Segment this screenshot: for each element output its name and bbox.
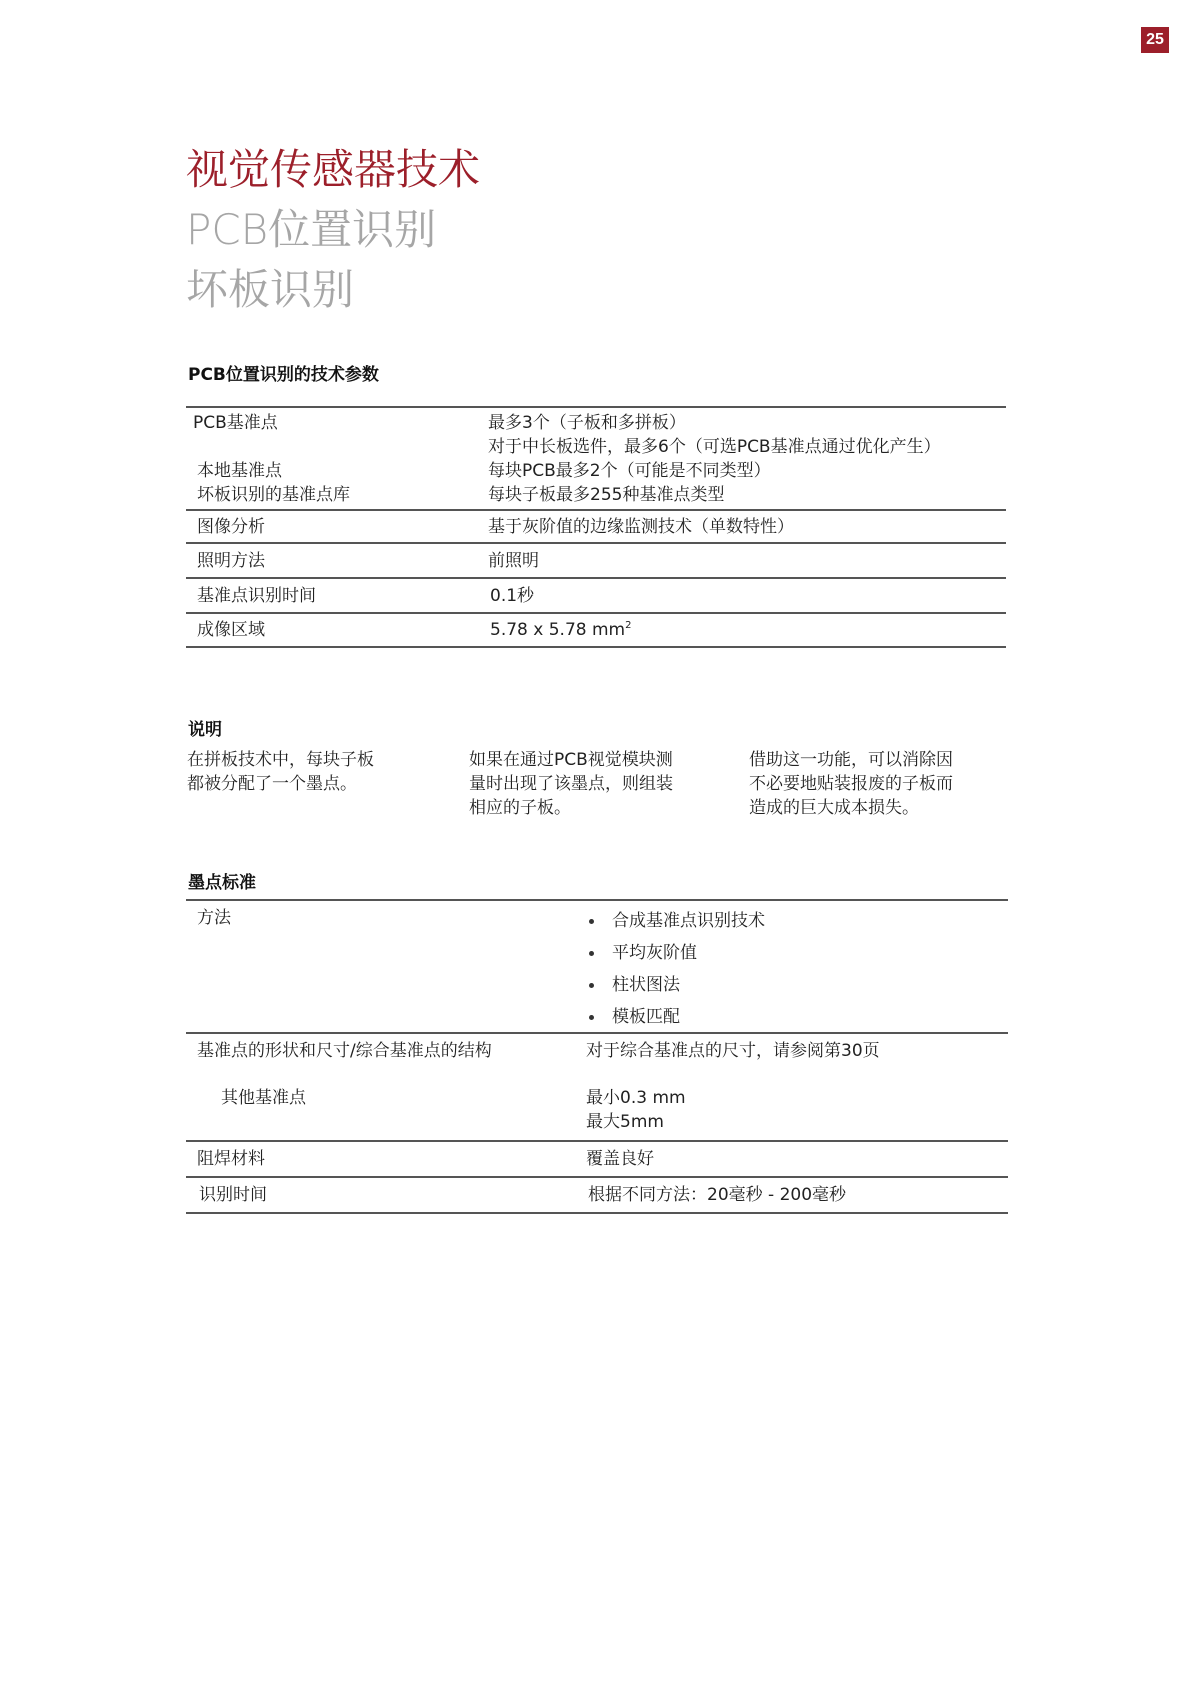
divider (186, 577, 1006, 579)
text-line: 不必要地贴装报废的子板而 (749, 772, 953, 796)
bullet-icon (589, 919, 594, 924)
text-line: 在拼板技术中，每块子板 (187, 748, 374, 772)
text-line: 都被分配了一个墨点。 (187, 772, 374, 796)
divider (186, 899, 1008, 901)
bullet-item: 平均灰阶值 (589, 938, 697, 963)
row-value: 最大5mm (586, 1110, 664, 1134)
row-value: 每块子板最多255种基准点类型 (488, 483, 724, 507)
subtitle-bad-board: 坏板识别 (186, 262, 354, 318)
value-text: 5.78 x 5.78 mm (490, 620, 625, 640)
divider (186, 1032, 1008, 1034)
description-column-2: 如果在通过PCB视觉模块测 量时出现了该墨点，则组装 相应的子板。 (469, 748, 673, 820)
row-value: 前照明 (488, 549, 539, 573)
bullet-icon (589, 951, 594, 956)
row-label: PCB基准点 (193, 411, 278, 435)
divider (186, 646, 1006, 648)
row-label: 图像分析 (197, 515, 265, 539)
row-value: 每块PCB最多2个（可能是不同类型） (488, 459, 771, 483)
bullet-icon (589, 1015, 594, 1020)
text-line: 造成的巨大成本损失。 (749, 796, 953, 820)
row-value: 0.1秒 (490, 584, 534, 608)
divider (186, 1176, 1008, 1178)
row-label: 基准点的形状和尺寸/综合基准点的结构 (197, 1039, 492, 1063)
superscript: 2 (625, 620, 631, 631)
row-label: 坏板识别的基准点库 (197, 483, 350, 507)
divider (186, 612, 1006, 614)
row-value: 覆盖良好 (586, 1147, 654, 1171)
row-value: 5.78 x 5.78 mm2 (490, 618, 631, 642)
page-number-badge: 25 (1141, 27, 1169, 53)
row-value: 最多3个（子板和多拼板） (488, 411, 686, 435)
text-line: 量时出现了该墨点，则组装 (469, 772, 673, 796)
text-line: 相应的子板。 (469, 796, 673, 820)
ink-dot-heading: 墨点标准 (188, 868, 256, 893)
tech-params-heading: PCB位置识别的技术参数 (188, 360, 379, 385)
divider (186, 542, 1006, 544)
main-title: 视觉传感器技术 (186, 142, 480, 198)
row-label: 方法 (197, 906, 231, 930)
divider (186, 1140, 1008, 1142)
divider (186, 1212, 1008, 1214)
text-line: 借助这一功能，可以消除因 (749, 748, 953, 772)
row-value: 最小0.3 mm (586, 1086, 686, 1110)
row-value: 根据不同方法：20毫秒 - 200毫秒 (588, 1183, 846, 1207)
row-label: 本地基准点 (197, 459, 282, 483)
row-label: 其他基准点 (221, 1086, 306, 1110)
row-value: 对于综合基准点的尺寸，请参阅第30页 (586, 1039, 880, 1063)
bullet-item: 柱状图法 (589, 970, 680, 995)
row-label: 照明方法 (197, 549, 265, 573)
row-label: 识别时间 (199, 1183, 267, 1207)
divider (186, 509, 1006, 511)
description-column-3: 借助这一功能，可以消除因 不必要地贴装报废的子板而 造成的巨大成本损失。 (749, 748, 953, 820)
row-label: 基准点识别时间 (197, 584, 316, 608)
row-value: 基于灰阶值的边缘监测技术（单数特性） (488, 515, 794, 539)
row-value: 对于中长板选件，最多6个（可选PCB基准点通过优化产生） (488, 435, 941, 459)
description-heading: 说明 (188, 715, 222, 740)
row-label: 成像区域 (197, 618, 265, 642)
subtitle-pcb-position: PCB位置识别 (186, 202, 436, 258)
bullet-item: 合成基准点识别技术 (589, 906, 765, 931)
bullet-icon (589, 983, 594, 988)
bullet-item: 模板匹配 (589, 1002, 680, 1027)
row-label: 阻焊材料 (197, 1147, 265, 1171)
text-line: 如果在通过PCB视觉模块测 (469, 748, 673, 772)
divider (186, 406, 1006, 408)
description-column-1: 在拼板技术中，每块子板 都被分配了一个墨点。 (187, 748, 374, 796)
